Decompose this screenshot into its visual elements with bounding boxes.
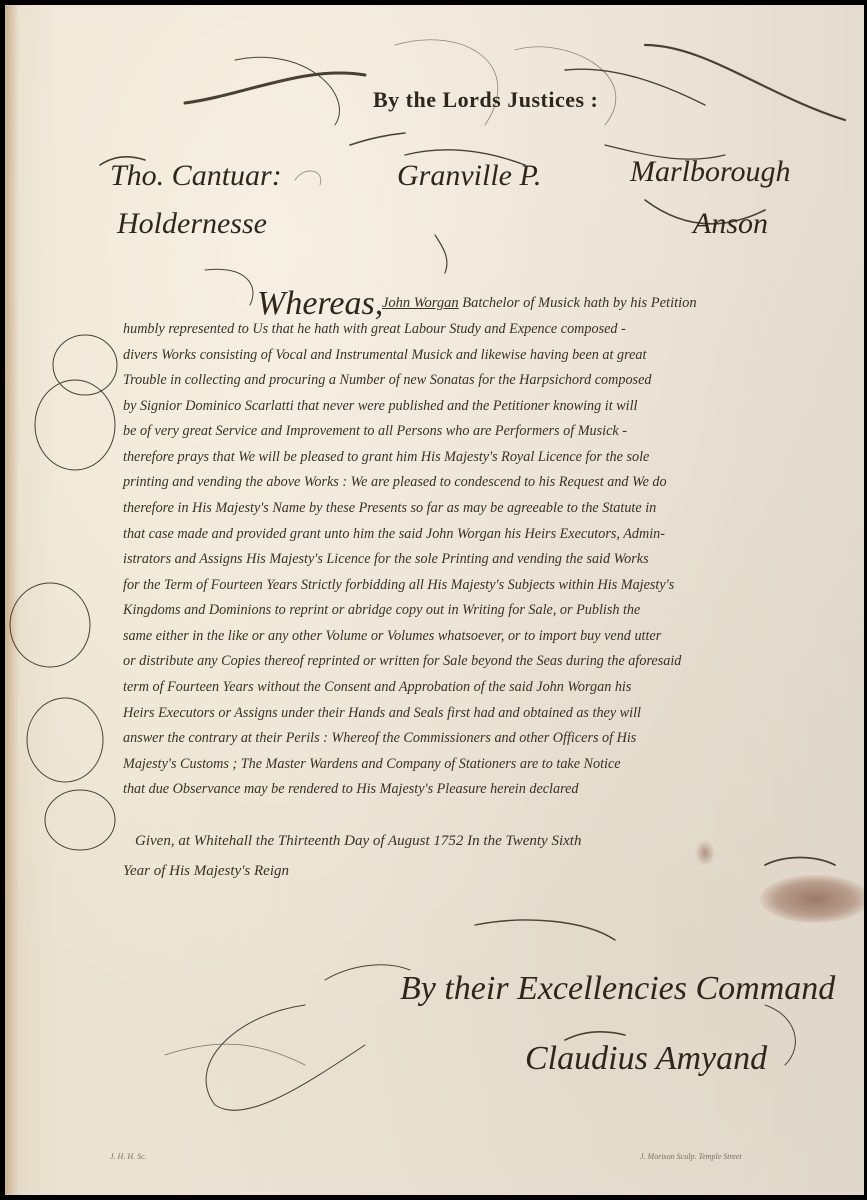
body-line: therefore prays that We will be pleased … [123,449,649,466]
command-line: By their Excellencies Command [400,970,835,1008]
body-line-1: John Worgan Batchelor of Musick hath by … [382,295,697,312]
given-line: Given, at Whitehall the Thirteenth Day o… [135,833,581,850]
body-line: Majesty's Customs ; The Master Wardens a… [123,756,621,773]
engraver-mark-right: J. Morison Sculp. Temple Street [640,1152,742,1161]
body-line: istrators and Assigns His Majesty's Lice… [123,551,649,568]
ink-stain [760,875,864,923]
body-line: Heirs Executors or Assigns under their H… [123,705,641,722]
body-line: same either in the like or any other Vol… [123,628,661,645]
body-line: Kingdoms and Dominions to reprint or abr… [123,602,640,619]
body-line: Trouble in collecting and procuring a Nu… [123,372,651,389]
body-line: divers Works consisting of Vocal and Ins… [123,347,646,364]
engraver-mark-left: J. H. H. Sc. [110,1152,147,1161]
signatory-anson: Anson [693,207,768,241]
body-line: or distribute any Copies thereof reprint… [123,653,681,670]
body-line: that case made and provided grant unto h… [123,526,665,543]
body-line: be of very great Service and Improvement… [123,423,627,440]
given-year-line: Year of His Majesty's Reign [123,863,289,880]
paper-edge-discoloration [5,5,19,1195]
ink-stain [695,840,715,866]
body-line: for the Term of Fourteen Years Strictly … [123,577,674,594]
body-line: answer the contrary at their Perils : Wh… [123,730,636,747]
body-line: that due Observance may be rendered to H… [123,781,578,798]
document-heading: By the Lords Justices : [373,87,598,113]
document-page: By the Lords Justices : Tho. Cantuar: Gr… [5,5,864,1195]
petitioner-name: John Worgan [382,295,459,311]
body-line: humbly represented to Us that he hath wi… [123,321,626,338]
body-line: therefore in His Majesty's Name by these… [123,500,656,517]
signatory-canterbury: Tho. Cantuar: [110,159,282,193]
secretary-signature: Claudius Amyand [525,1040,767,1078]
signatory-marlborough: Marlborough [630,155,791,189]
body-line: term of Fourteen Years without the Conse… [123,679,631,696]
opening-word: Whereas, [257,285,383,323]
signatory-holdernesse: Holdernesse [117,207,267,241]
signatory-granville: Granville P. [397,159,541,193]
body-line: printing and vending the above Works : W… [123,474,667,491]
body-line: by Signior Dominico Scarlatti that never… [123,398,638,415]
